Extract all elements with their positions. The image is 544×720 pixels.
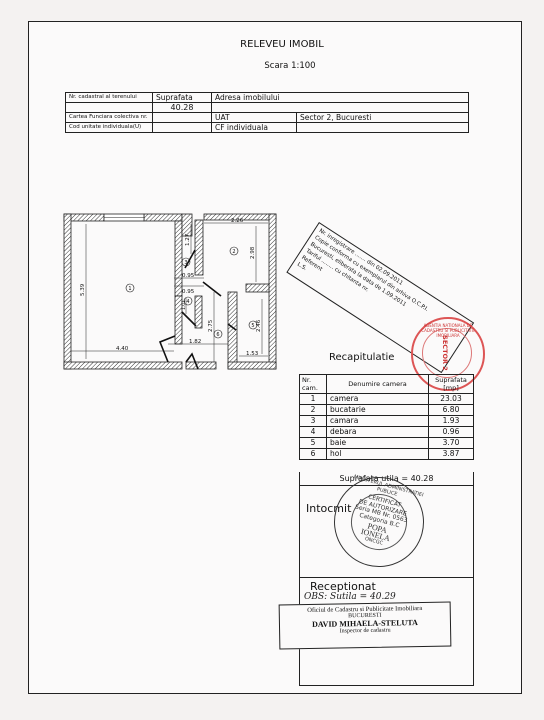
row-nr: 3 — [300, 416, 327, 427]
table-row: 1camera23.03 — [300, 394, 474, 405]
room-marker-5: 5 — [251, 323, 254, 329]
dim-room5-width: 1.53 — [246, 351, 259, 357]
room-marker-1: 1 — [128, 286, 131, 292]
cf-label: Cartea Funciara colectiva nr. — [66, 113, 153, 123]
row-area: 0.96 — [429, 427, 474, 438]
cf-individual-value — [297, 123, 469, 133]
row-area: 3.70 — [429, 438, 474, 449]
floor-plan: 4.40 5.39 2.26 2.98 1.27 0.95 0.95 1.01 … — [56, 204, 286, 384]
unit-code-label: Cod unitate individuala(U) — [66, 123, 153, 133]
recap-table: Nr. cam. Denumire camera Suprafata [mp] … — [299, 374, 474, 460]
address-value — [212, 103, 469, 113]
cf-value — [153, 113, 212, 123]
dim-room6-width: 1.82 — [189, 339, 201, 345]
row-name: baie — [327, 438, 429, 449]
row-area: 6.80 — [429, 405, 474, 416]
cadastral-value — [66, 103, 153, 113]
handwritten-note: OBS: Sutila = 40.29 — [304, 592, 396, 602]
row-area: 23.03 — [429, 394, 474, 405]
room-marker-3: 3 — [184, 260, 187, 266]
dim-room2-height: 2.98 — [250, 246, 256, 259]
row-name: camara — [327, 416, 429, 427]
dim-room4-width: 0.95 — [182, 289, 195, 295]
room-marker-4: 4 — [186, 299, 189, 305]
document-title: RELEVEU IMOBIL — [29, 39, 521, 50]
table-row: 5baie3.70 — [300, 438, 474, 449]
cadastral-label: Nr. cadastral al terenului — [66, 93, 153, 103]
table-row: 4debara0.96 — [300, 427, 474, 438]
dim-room3-width: 0.95 — [182, 273, 195, 279]
recap-header-area: Suprafata [mp] — [429, 375, 474, 394]
row-nr: 2 — [300, 405, 327, 416]
room-marker-2: 2 — [232, 249, 235, 255]
row-nr: 4 — [300, 427, 327, 438]
cf-individual-label: CF individuala — [212, 123, 297, 133]
row-area: 3.87 — [429, 449, 474, 460]
table-row: 3camara1.93 — [300, 416, 474, 427]
row-name: bucatarie — [327, 405, 429, 416]
dim-room6-height: 2.75 — [208, 319, 214, 332]
table-row: 2bucatarie6.80 — [300, 405, 474, 416]
document-scale: Scara 1:100 — [29, 61, 521, 71]
unit-code-value — [153, 123, 212, 133]
row-name: debara — [327, 427, 429, 438]
row-nr: 1 — [300, 394, 327, 405]
area-value: 40.28 — [153, 103, 212, 113]
dim-room3-height: 1.27 — [185, 233, 191, 246]
area-label: Suprafata — [153, 93, 212, 103]
ocpi-stamp: Oficiul de Cadastru si Publicitate Imobi… — [279, 602, 452, 650]
recap-header-nr: Nr. cam. — [300, 375, 327, 394]
dim-room1-width: 4.40 — [116, 346, 129, 352]
dim-room1-height: 5.39 — [80, 283, 86, 296]
row-nr: 6 — [300, 449, 327, 460]
header-table: Nr. cadastral al terenului Suprafata Adr… — [65, 92, 469, 133]
uat-value: Sector 2, Bucuresti — [297, 113, 469, 123]
document-page: RELEVEU IMOBIL Scara 1:100 Nr. cadastral… — [28, 21, 522, 694]
room-marker-6: 6 — [216, 332, 219, 338]
row-name: camera — [327, 394, 429, 405]
uat-label: UAT — [212, 113, 297, 123]
row-area: 1.93 — [429, 416, 474, 427]
agency-sector: SECTOR 2 — [441, 335, 449, 371]
row-name: hol — [327, 449, 429, 460]
table-row: 6hol3.87 — [300, 449, 474, 460]
recap-title: Recapitulatie — [329, 352, 394, 363]
address-label: Adresa imobilului — [212, 93, 469, 103]
recap-header-name: Denumire camera — [327, 375, 429, 394]
dim-room2-width: 2.26 — [231, 218, 244, 224]
row-nr: 5 — [300, 438, 327, 449]
